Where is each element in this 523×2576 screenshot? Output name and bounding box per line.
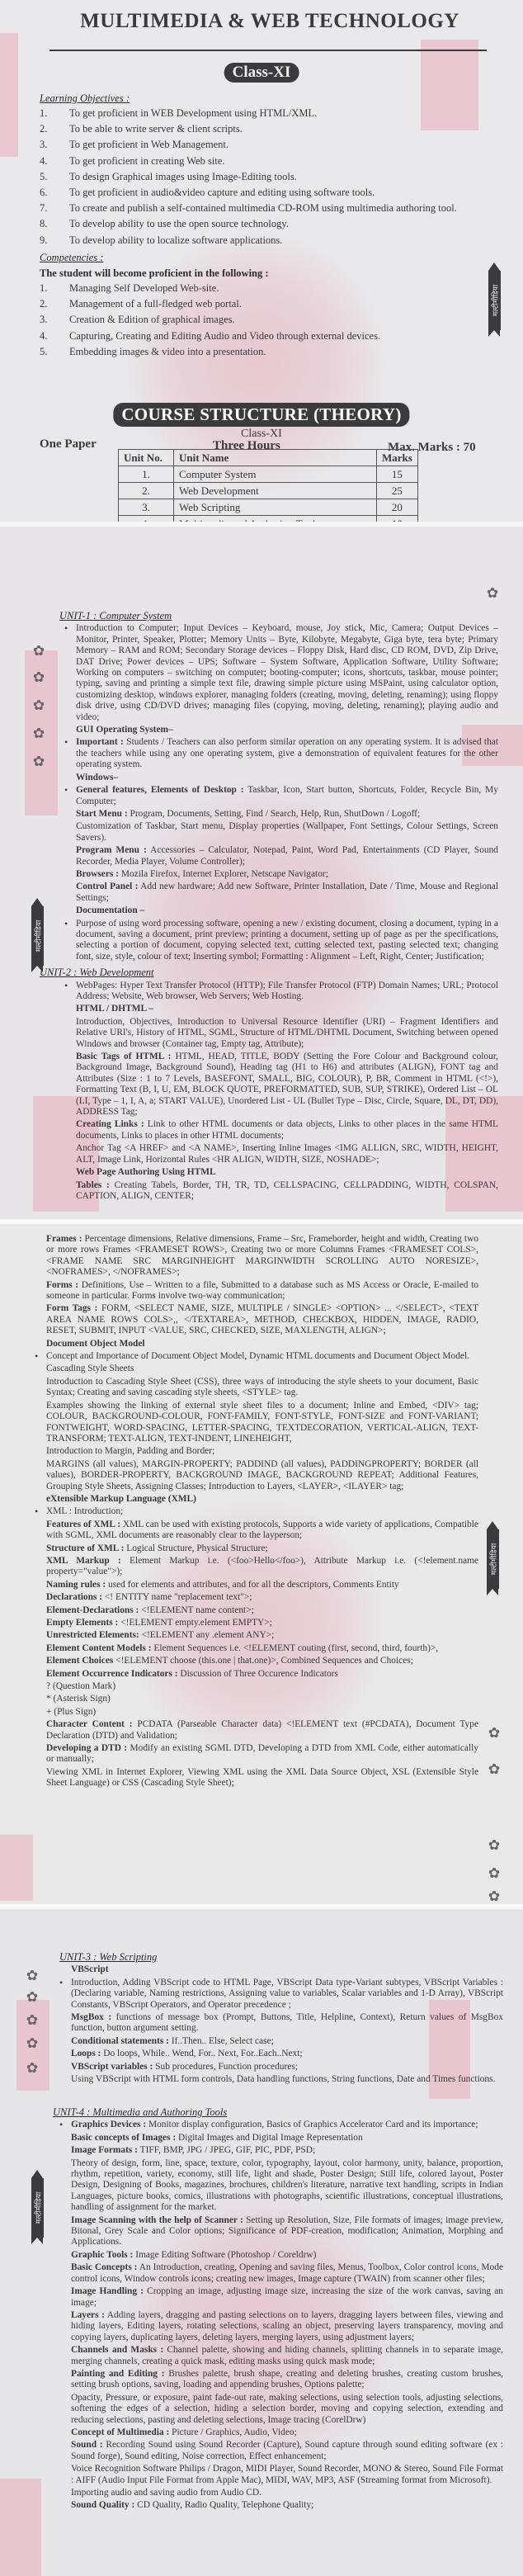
label: Structure of XML : bbox=[46, 1543, 124, 1553]
learning-objectives-list: 1.To get proficient in WEB Development u… bbox=[40, 106, 474, 248]
objective-item: 8.To develop ability to use the open sou… bbox=[40, 216, 474, 232]
competency-item: 3.Creation & Edition of graphical images… bbox=[40, 312, 474, 328]
label: MsgBox : bbox=[71, 2012, 111, 2022]
css-intro: Introduction to Cascading Style Sheet (C… bbox=[46, 1377, 478, 1399]
text: Do loops, While.. Wend, For.. Next, For.… bbox=[103, 2049, 302, 2058]
declarations: Declarations : <! ENTITY name "replaceme… bbox=[46, 1592, 478, 1603]
text: If..Then.. Else, Select case; bbox=[172, 2036, 274, 2046]
objective-item: 3.To get proficient in Web Management. bbox=[40, 137, 474, 153]
margin-text: MARGINS (all values), MARGIN-PROPERTY; P… bbox=[46, 1459, 478, 1492]
xml-structure: Structure of XML : Logical Structure, Ph… bbox=[46, 1543, 478, 1554]
vbscript-heading: VBScript bbox=[71, 1964, 503, 1975]
unit-1-intro: Introduction to Computer; Input Devices … bbox=[76, 623, 498, 723]
edge-decoration bbox=[0, 2479, 41, 2576]
forms: Forms : Definitions, Use – Written to a … bbox=[46, 1280, 478, 1302]
side-bookmark-tab: मल्टीमीडिया bbox=[31, 906, 44, 966]
competencies-list: 1.Managing Self Developed Web-site.2.Man… bbox=[40, 281, 474, 360]
cell-marks: 20 bbox=[377, 499, 418, 516]
label: Channels and Masks : bbox=[71, 2345, 163, 2355]
character-content: Character Content : PCDATA (Parseable Ch… bbox=[46, 1719, 478, 1742]
unit-3-section: UNIT-3 : Web Scripting VBScript Introduc… bbox=[71, 1952, 503, 2087]
flower-icon: ✿ bbox=[31, 697, 46, 715]
dom-heading: Document Object Model bbox=[46, 1339, 478, 1349]
list-text: To get proficient in WEB Development usi… bbox=[69, 107, 317, 120]
xml-heading: eXtensible Markup Language (XML) bbox=[46, 1494, 478, 1505]
flower-icon: ✿ bbox=[25, 2011, 40, 2030]
list-number: 4. bbox=[40, 330, 69, 343]
webpages: WebPages: Hyper Text Transfer Protocol (… bbox=[76, 981, 498, 1003]
browsers: Browsers : Mozila Firefox, Internet Expl… bbox=[76, 869, 498, 880]
label: Forms : bbox=[46, 1280, 78, 1290]
label: Basic Concepts : bbox=[71, 2262, 137, 2272]
side-tab-label: मल्टीमीडिया bbox=[489, 285, 500, 317]
list-text: To be able to write server & client scri… bbox=[69, 123, 243, 135]
page-2: ✿ ✿ ✿ ✿ ✿ ✿ मल्टीमीडिया UNIT-1 : Compute… bbox=[0, 527, 523, 1219]
label: Important : bbox=[76, 737, 124, 747]
flower-icon: ✿ bbox=[485, 584, 500, 603]
list-number: 2. bbox=[40, 298, 69, 310]
developing-dtd: Developing a DTD : Modify an existing SG… bbox=[46, 1743, 478, 1765]
label: Painting and Editing : bbox=[71, 2369, 165, 2379]
list-text: Managing Self Developed Web-site. bbox=[69, 282, 219, 295]
flower-icon: ✿ bbox=[31, 642, 46, 660]
occurrence-indicators: Element Occurrence Indicators : Discussi… bbox=[46, 1669, 478, 1680]
text: Logical Structure, Physical Structure; bbox=[126, 1543, 267, 1553]
windows-heading: Windows– bbox=[76, 773, 498, 783]
course-structure-banner: COURSE STRUCTURE (THEORY) bbox=[113, 403, 409, 427]
label: Element Occurrence Indicators : bbox=[46, 1669, 178, 1679]
label: Image Formats : bbox=[71, 2145, 138, 2155]
text: Add new hardware; Add new Software, Prin… bbox=[76, 882, 498, 902]
label: Features of XML : bbox=[46, 1520, 120, 1529]
flower-icon: ✿ bbox=[31, 669, 46, 687]
label: Graphics Devices : bbox=[71, 2120, 146, 2129]
label: Form Tags : bbox=[46, 1303, 97, 1313]
competency-item: 5.Embedding images & video into a presen… bbox=[40, 344, 474, 360]
text: Discussion of Three Occurence Indicators bbox=[180, 1669, 337, 1679]
label: Creating Links : bbox=[76, 1119, 144, 1129]
text: Picture / Graphics, Audio, Video; bbox=[172, 2427, 297, 2437]
unrestricted-elements: Unrestricted Elements: <!ELEMENT any .el… bbox=[46, 1630, 478, 1641]
cell-unit-name: Web Scripting bbox=[174, 499, 377, 516]
text: <!ELEMENT name content>; bbox=[141, 1605, 254, 1615]
graphic-tools: Graphic Tools : Image Editing Software (… bbox=[71, 2250, 503, 2261]
element-declarations: Element-Declarations : <!ELEMENT name co… bbox=[46, 1605, 478, 1616]
objective-item: 1.To get proficient in WEB Development u… bbox=[40, 106, 474, 121]
cell-unit-no: 2. bbox=[119, 483, 174, 499]
image-scanning: Image Scanning with the help of Scanner … bbox=[71, 2215, 503, 2248]
basic-concepts: Basic Concepts : An Introduction, creati… bbox=[71, 2262, 503, 2285]
objective-item: 9.To develop ability to localize softwar… bbox=[40, 233, 474, 248]
layers: Layers : Adding layers, dragging and pas… bbox=[71, 2310, 503, 2343]
text: Creating Tabels, Border, TH, TR, TD, CEL… bbox=[76, 1180, 498, 1201]
list-text: Management of a full-fledged web portal. bbox=[69, 298, 242, 310]
flower-icon: ✿ bbox=[25, 1988, 40, 2006]
list-number: 9. bbox=[40, 234, 69, 247]
documentation-heading: Documentation – bbox=[76, 905, 498, 916]
form-tags: Form Tags : FORM, <SELECT NAME, SIZE, MU… bbox=[46, 1303, 478, 1336]
flower-icon: ✿ bbox=[487, 1865, 502, 1883]
label: Basic concepts of Images : bbox=[71, 2133, 176, 2143]
text: Program, Documents, Setting, Find / Sear… bbox=[130, 809, 421, 819]
sound-quality: Sound Quality : CD Quality, Radio Qualit… bbox=[71, 2500, 503, 2511]
text: <!ELEMENT any .element ANY>; bbox=[142, 1630, 275, 1640]
anchor-tag: Anchor Tag <A HREF> and <A NAME>, Insert… bbox=[76, 1143, 498, 1165]
list-number: 4. bbox=[40, 155, 69, 168]
label: Character Content : bbox=[46, 1719, 133, 1729]
list-text: Capturing, Creating and Editing Audio an… bbox=[69, 330, 380, 343]
competency-item: 2.Management of a full-fledged web porta… bbox=[40, 296, 474, 312]
text: Introduction to Computer; Input Devices … bbox=[76, 623, 498, 721]
competency-item: 1.Managing Self Developed Web-site. bbox=[40, 281, 474, 296]
label: Conditional statements : bbox=[71, 2036, 169, 2046]
image-handling: Image Handling : Cropping an image, adju… bbox=[71, 2286, 503, 2309]
label: Image Scanning with the help of Scanner … bbox=[71, 2215, 243, 2225]
table-row: 2.Web Development25 bbox=[119, 483, 418, 499]
text: FORM, <SELECT NAME, SIZE, MULTIPLE / SIN… bbox=[46, 1303, 478, 1335]
creating-links: Creating Links : Link to other HTML docu… bbox=[76, 1119, 498, 1141]
flower-icon: ✿ bbox=[25, 2035, 40, 2053]
label: VBScript variables : bbox=[71, 2062, 153, 2072]
unit-3-heading: UNIT-3 : Web Scripting bbox=[59, 1952, 503, 1963]
page-title: MULTIMEDIA & WEB TECHNOLOGY bbox=[49, 10, 490, 33]
important-note: Important : Students / Teachers can also… bbox=[76, 737, 498, 770]
text: Students / Teachers can also perform sim… bbox=[76, 737, 498, 769]
label: Loops : bbox=[71, 2049, 101, 2058]
channels-masks: Channels and Masks : Channel palette, sh… bbox=[71, 2345, 503, 2367]
voice-recognition: Voice Recognition Software Philips / Dra… bbox=[71, 2464, 503, 2486]
unit-1-heading: UNIT-1 : Computer System bbox=[59, 611, 498, 622]
objective-item: 4.To get proficient in creating Web site… bbox=[40, 154, 474, 169]
objective-item: 7.To create and publish a self-contained… bbox=[40, 201, 474, 216]
control-panel: Control Panel : Add new hardware; Add ne… bbox=[76, 882, 498, 904]
label: Control Panel : bbox=[76, 882, 138, 891]
list-number: 5. bbox=[40, 171, 69, 183]
text: used for elements and attributes, and fo… bbox=[108, 1580, 399, 1590]
list-text: To get proficient in audio&video capture… bbox=[69, 187, 375, 199]
list-number: 3. bbox=[40, 139, 69, 151]
label: Element Content Models : bbox=[46, 1643, 152, 1653]
label: Program Menu : bbox=[76, 845, 147, 855]
list-text: To get proficient in Web Management. bbox=[69, 139, 229, 151]
list-number: 2. bbox=[40, 123, 69, 135]
documentation-text: Purpose of using word processing softwar… bbox=[76, 919, 498, 963]
label: Empty Elements : bbox=[46, 1618, 118, 1628]
page-1: MULTIMEDIA & WEB TECHNOLOGY Class-XI Lea… bbox=[0, 0, 523, 522]
cell-marks: 25 bbox=[377, 483, 418, 499]
text: Recording Sound using Sound Recorder (Ca… bbox=[71, 2440, 503, 2460]
cell-unit-name: Web Development bbox=[174, 483, 377, 499]
importing-audio: Importing audio and saving audio from Au… bbox=[71, 2488, 503, 2498]
naming-rules: Naming rules : used for elements and att… bbox=[46, 1580, 478, 1591]
label: Start Menu : bbox=[76, 809, 128, 819]
flower-icon: ✿ bbox=[487, 1724, 502, 1742]
list-number: 8. bbox=[40, 218, 69, 230]
cell-unit-no: 3. bbox=[119, 499, 174, 516]
cell-unit-no: 1. bbox=[119, 466, 174, 483]
side-bookmark-tab: मल्टीमीडिया bbox=[488, 271, 501, 330]
label: Browsers : bbox=[76, 869, 119, 879]
list-number: 6. bbox=[40, 187, 69, 199]
label: Naming rules : bbox=[46, 1580, 106, 1590]
label: Unrestricted Elements: bbox=[46, 1630, 139, 1640]
label: Sound : bbox=[71, 2440, 103, 2450]
list-number: 3. bbox=[40, 314, 69, 326]
competency-item: 4.Capturing, Creating and Editing Audio … bbox=[40, 328, 474, 344]
gui-os-heading: GUI Operating System– bbox=[76, 725, 498, 735]
text: Element Sequences i.e. <!ELEMENT couting… bbox=[153, 1643, 438, 1653]
flower-icon: ✿ bbox=[31, 725, 46, 743]
html-intro: Introduction, Objectives, Introduction t… bbox=[76, 1017, 498, 1050]
authoring-heading: Web Page Authoring Using HTML bbox=[76, 1167, 498, 1178]
label: Graphic Tools : bbox=[71, 2250, 133, 2260]
text: <! ENTITY name "replacement text">; bbox=[105, 1592, 252, 1602]
edge-decoration bbox=[0, 33, 18, 157]
text: Adding layers, dragging and pasting sele… bbox=[71, 2310, 503, 2342]
objective-item: 2.To be able to write server & client sc… bbox=[40, 121, 474, 137]
side-bookmark-tab: मल्टीमीडिया bbox=[487, 1529, 499, 1589]
xml-intro: XML : Introduction; bbox=[46, 1506, 478, 1517]
msgbox: MsgBox : functions of message box (Promp… bbox=[71, 2012, 503, 2035]
tables: Tables : Creating Tabels, Border, TH, TR… bbox=[76, 1180, 498, 1203]
label: Element-Declarations : bbox=[46, 1605, 139, 1615]
flower-icon: ✿ bbox=[487, 1836, 502, 1855]
flower-icon: ✿ bbox=[31, 753, 46, 771]
text: Mozila Firefox, Internet Explorer, Netsc… bbox=[121, 869, 328, 879]
label: Element Choices bbox=[46, 1656, 113, 1666]
list-text: To create and publish a self-contained m… bbox=[69, 202, 457, 215]
xml-features: Features of XML : XML can be used with e… bbox=[46, 1520, 478, 1542]
learning-objectives-heading: Learning Objectives : bbox=[40, 92, 130, 105]
col-unit-name: Unit Name bbox=[174, 450, 377, 466]
table-row: 3.Web Scripting20 bbox=[119, 499, 418, 516]
list-number: 7. bbox=[40, 202, 69, 215]
side-tab-label: मल्टीमीडिया bbox=[32, 920, 43, 952]
list-number: 1. bbox=[40, 282, 69, 295]
table-row: 1.Computer System15 bbox=[119, 466, 418, 483]
sound: Sound : Recording Sound using Sound Reco… bbox=[71, 2440, 503, 2462]
text: Digital Images and Digital Image Represe… bbox=[178, 2133, 363, 2143]
multimedia-concept: Concept of Multimedia : Picture / Graphi… bbox=[71, 2427, 503, 2438]
list-text: To get proficient in creating Web site. bbox=[69, 155, 224, 168]
painting-editing: Painting and Editing : Brushes palette, … bbox=[71, 2369, 503, 2391]
unit-4-heading: UNIT-4 : Multimedia and Authoring Tools bbox=[53, 2107, 503, 2118]
label: Concept of Multimedia : bbox=[71, 2427, 169, 2437]
label: Declarations : bbox=[46, 1592, 102, 1602]
indicator-asterisk: * (Asterisk Sign) bbox=[46, 1694, 478, 1704]
list-text: Creation & Edition of graphical images. bbox=[69, 314, 235, 326]
text: Image Editing Software (Photoshop / Core… bbox=[135, 2250, 316, 2260]
edge-decoration bbox=[0, 1835, 33, 1901]
list-text: To design Graphical images using Image-E… bbox=[69, 171, 297, 183]
customization: Customization of Taskbar, Start menu, Di… bbox=[76, 821, 498, 844]
flower-icon: ✿ bbox=[25, 1967, 40, 1985]
unit-2-continued: Frames : Percentage dimensions, Relative… bbox=[46, 1234, 478, 1791]
page-3: मल्टीमीडिया ✿ ✿ ✿ ✿ ✿ Frames : Percentag… bbox=[0, 1224, 523, 1904]
side-bookmark-tab: मल्टीमीडिया bbox=[31, 2178, 44, 2238]
label: Frames : bbox=[46, 1234, 82, 1244]
text: CD Quality, Radio Quality, Telephone Qua… bbox=[137, 2500, 313, 2510]
using-vbscript: Using VBScript with HTML form controls, … bbox=[71, 2074, 503, 2085]
text: Monitor display configuration, Basics of… bbox=[148, 2120, 478, 2129]
text: <!ELEMENT empty.element EMPTY>; bbox=[120, 1618, 272, 1628]
dom-text: Concept and Importance of Document Objec… bbox=[46, 1351, 478, 1362]
unit-1-section: UNIT-1 : Computer System Introduction to… bbox=[59, 611, 498, 1203]
label: Sound Quality : bbox=[71, 2500, 134, 2510]
graphics-devices: Graphics Devices : Monitor display confi… bbox=[71, 2120, 503, 2130]
label: Tables : bbox=[76, 1180, 110, 1190]
class-badge: Class-XI bbox=[224, 63, 299, 83]
vbscript-intro: Introduction, Adding VBScript code to HT… bbox=[71, 1978, 503, 2011]
flower-icon: ✿ bbox=[25, 2059, 40, 2077]
conditional-statements: Conditional statements : If..Then.. Else… bbox=[71, 2036, 503, 2047]
col-unit-no: Unit No. bbox=[119, 450, 174, 466]
indicator-question: ? (Question Mark) bbox=[46, 1681, 478, 1692]
list-text: Embedding images & video into a presenta… bbox=[69, 346, 266, 358]
side-tab-label: मल्टीमीडिया bbox=[32, 2192, 43, 2224]
empty-elements: Empty Elements : <!ELEMENT empty.element… bbox=[46, 1618, 478, 1628]
label: General features, Elements of Desktop : bbox=[76, 785, 244, 795]
flower-icon: ✿ bbox=[487, 1888, 502, 1906]
list-text: To develop ability to use the open sourc… bbox=[69, 218, 289, 230]
indicator-plus: + (Plus Sign) bbox=[46, 1707, 478, 1718]
element-content-models: Element Content Models : Element Sequenc… bbox=[46, 1643, 478, 1654]
side-tab-label: मल्टीमीडिया bbox=[488, 1543, 498, 1576]
program-menu: Program Menu : Accessories – Calculator,… bbox=[76, 845, 498, 867]
paper-count: One Paper bbox=[40, 437, 97, 451]
image-concepts: Basic concepts of Images : Digital Image… bbox=[71, 2133, 503, 2144]
basic-tags: Basic Tags of HTML : HTML, HEAD, TITLE, … bbox=[76, 1052, 498, 1118]
general-features: General features, Elements of Desktop : … bbox=[76, 785, 498, 807]
frames: Frames : Percentage dimensions, Relative… bbox=[46, 1234, 478, 1279]
css-heading: Cascading Style Sheets bbox=[46, 1364, 478, 1374]
label: XML Markup : bbox=[46, 1556, 121, 1566]
element-choices: Element Choices <!ELEMENT choose (this.o… bbox=[46, 1656, 478, 1666]
theory-of-design: Theory of design, form, line, space, tex… bbox=[71, 2158, 503, 2214]
css-examples: Examples showing the linking of external… bbox=[46, 1401, 478, 1445]
opacity: Opacity, Pressure, or exposure, paint fa… bbox=[71, 2393, 503, 2426]
objective-item: 6.To get proficient in audio&video captu… bbox=[40, 185, 474, 201]
cell-unit-name: Computer System bbox=[174, 466, 377, 483]
text: Percentage dimensions, Relative dimensio… bbox=[46, 1234, 478, 1277]
label: Layers : bbox=[71, 2310, 105, 2320]
label: Developing a DTD : bbox=[46, 1743, 127, 1753]
competencies-lead: The student will become proficient in th… bbox=[40, 267, 269, 280]
text: Definitions, Use – Written to a file, Su… bbox=[46, 1280, 478, 1301]
col-marks: Marks bbox=[377, 450, 418, 466]
page-4: ✿ ✿ ✿ ✿ ✿ मल्टीमीडिया UNIT-3 : Web Scrip… bbox=[0, 1909, 523, 2576]
label: Basic Tags of HTML : bbox=[76, 1052, 171, 1061]
text: functions of message box (Prompt, Button… bbox=[71, 2012, 503, 2033]
list-number: 5. bbox=[40, 346, 69, 358]
loops: Loops : Do loops, While.. Wend, For.. Ne… bbox=[71, 2049, 503, 2059]
html-heading: HTML / DHTML – bbox=[76, 1004, 498, 1014]
text: <!ELEMENT choose (this.one | that.one)>,… bbox=[115, 1656, 413, 1666]
competencies-heading: Competencies : bbox=[40, 252, 103, 264]
viewing-xml: Viewing XML in Internet Explorer, Viewin… bbox=[46, 1767, 478, 1789]
flower-icon: ✿ bbox=[487, 1761, 502, 1779]
text: TIFF, BMP, JPG / JPEG, GIF, PIC, PDF, PS… bbox=[140, 2145, 316, 2155]
title-divider bbox=[49, 50, 487, 51]
objective-item: 5.To design Graphical images using Image… bbox=[40, 169, 474, 185]
text: Sub procedures, Function procedures; bbox=[155, 2062, 298, 2072]
table-header-row: Unit No. Unit Name Marks bbox=[119, 450, 418, 466]
vbscript-variables: VBScript variables : Sub procedures, Fun… bbox=[71, 2062, 503, 2073]
list-text: To develop ability to localize software … bbox=[69, 234, 282, 247]
cell-marks: 15 bbox=[377, 466, 418, 483]
xml-markup: XML Markup : Element Markup i.e. (<foo>H… bbox=[46, 1556, 478, 1578]
unit-2-heading: UNIT-2 : Web Development bbox=[40, 967, 498, 978]
unit-4-section: UNIT-4 : Multimedia and Authoring Tools … bbox=[71, 2107, 503, 2513]
start-menu: Start Menu : Program, Documents, Setting… bbox=[76, 809, 498, 820]
margin-intro: Introduction to Margin, Padding and Bord… bbox=[46, 1446, 478, 1457]
image-formats: Image Formats : TIFF, BMP, JPG / JPEG, G… bbox=[71, 2145, 503, 2156]
list-number: 1. bbox=[40, 107, 69, 120]
label: Image Handling : bbox=[71, 2286, 144, 2296]
